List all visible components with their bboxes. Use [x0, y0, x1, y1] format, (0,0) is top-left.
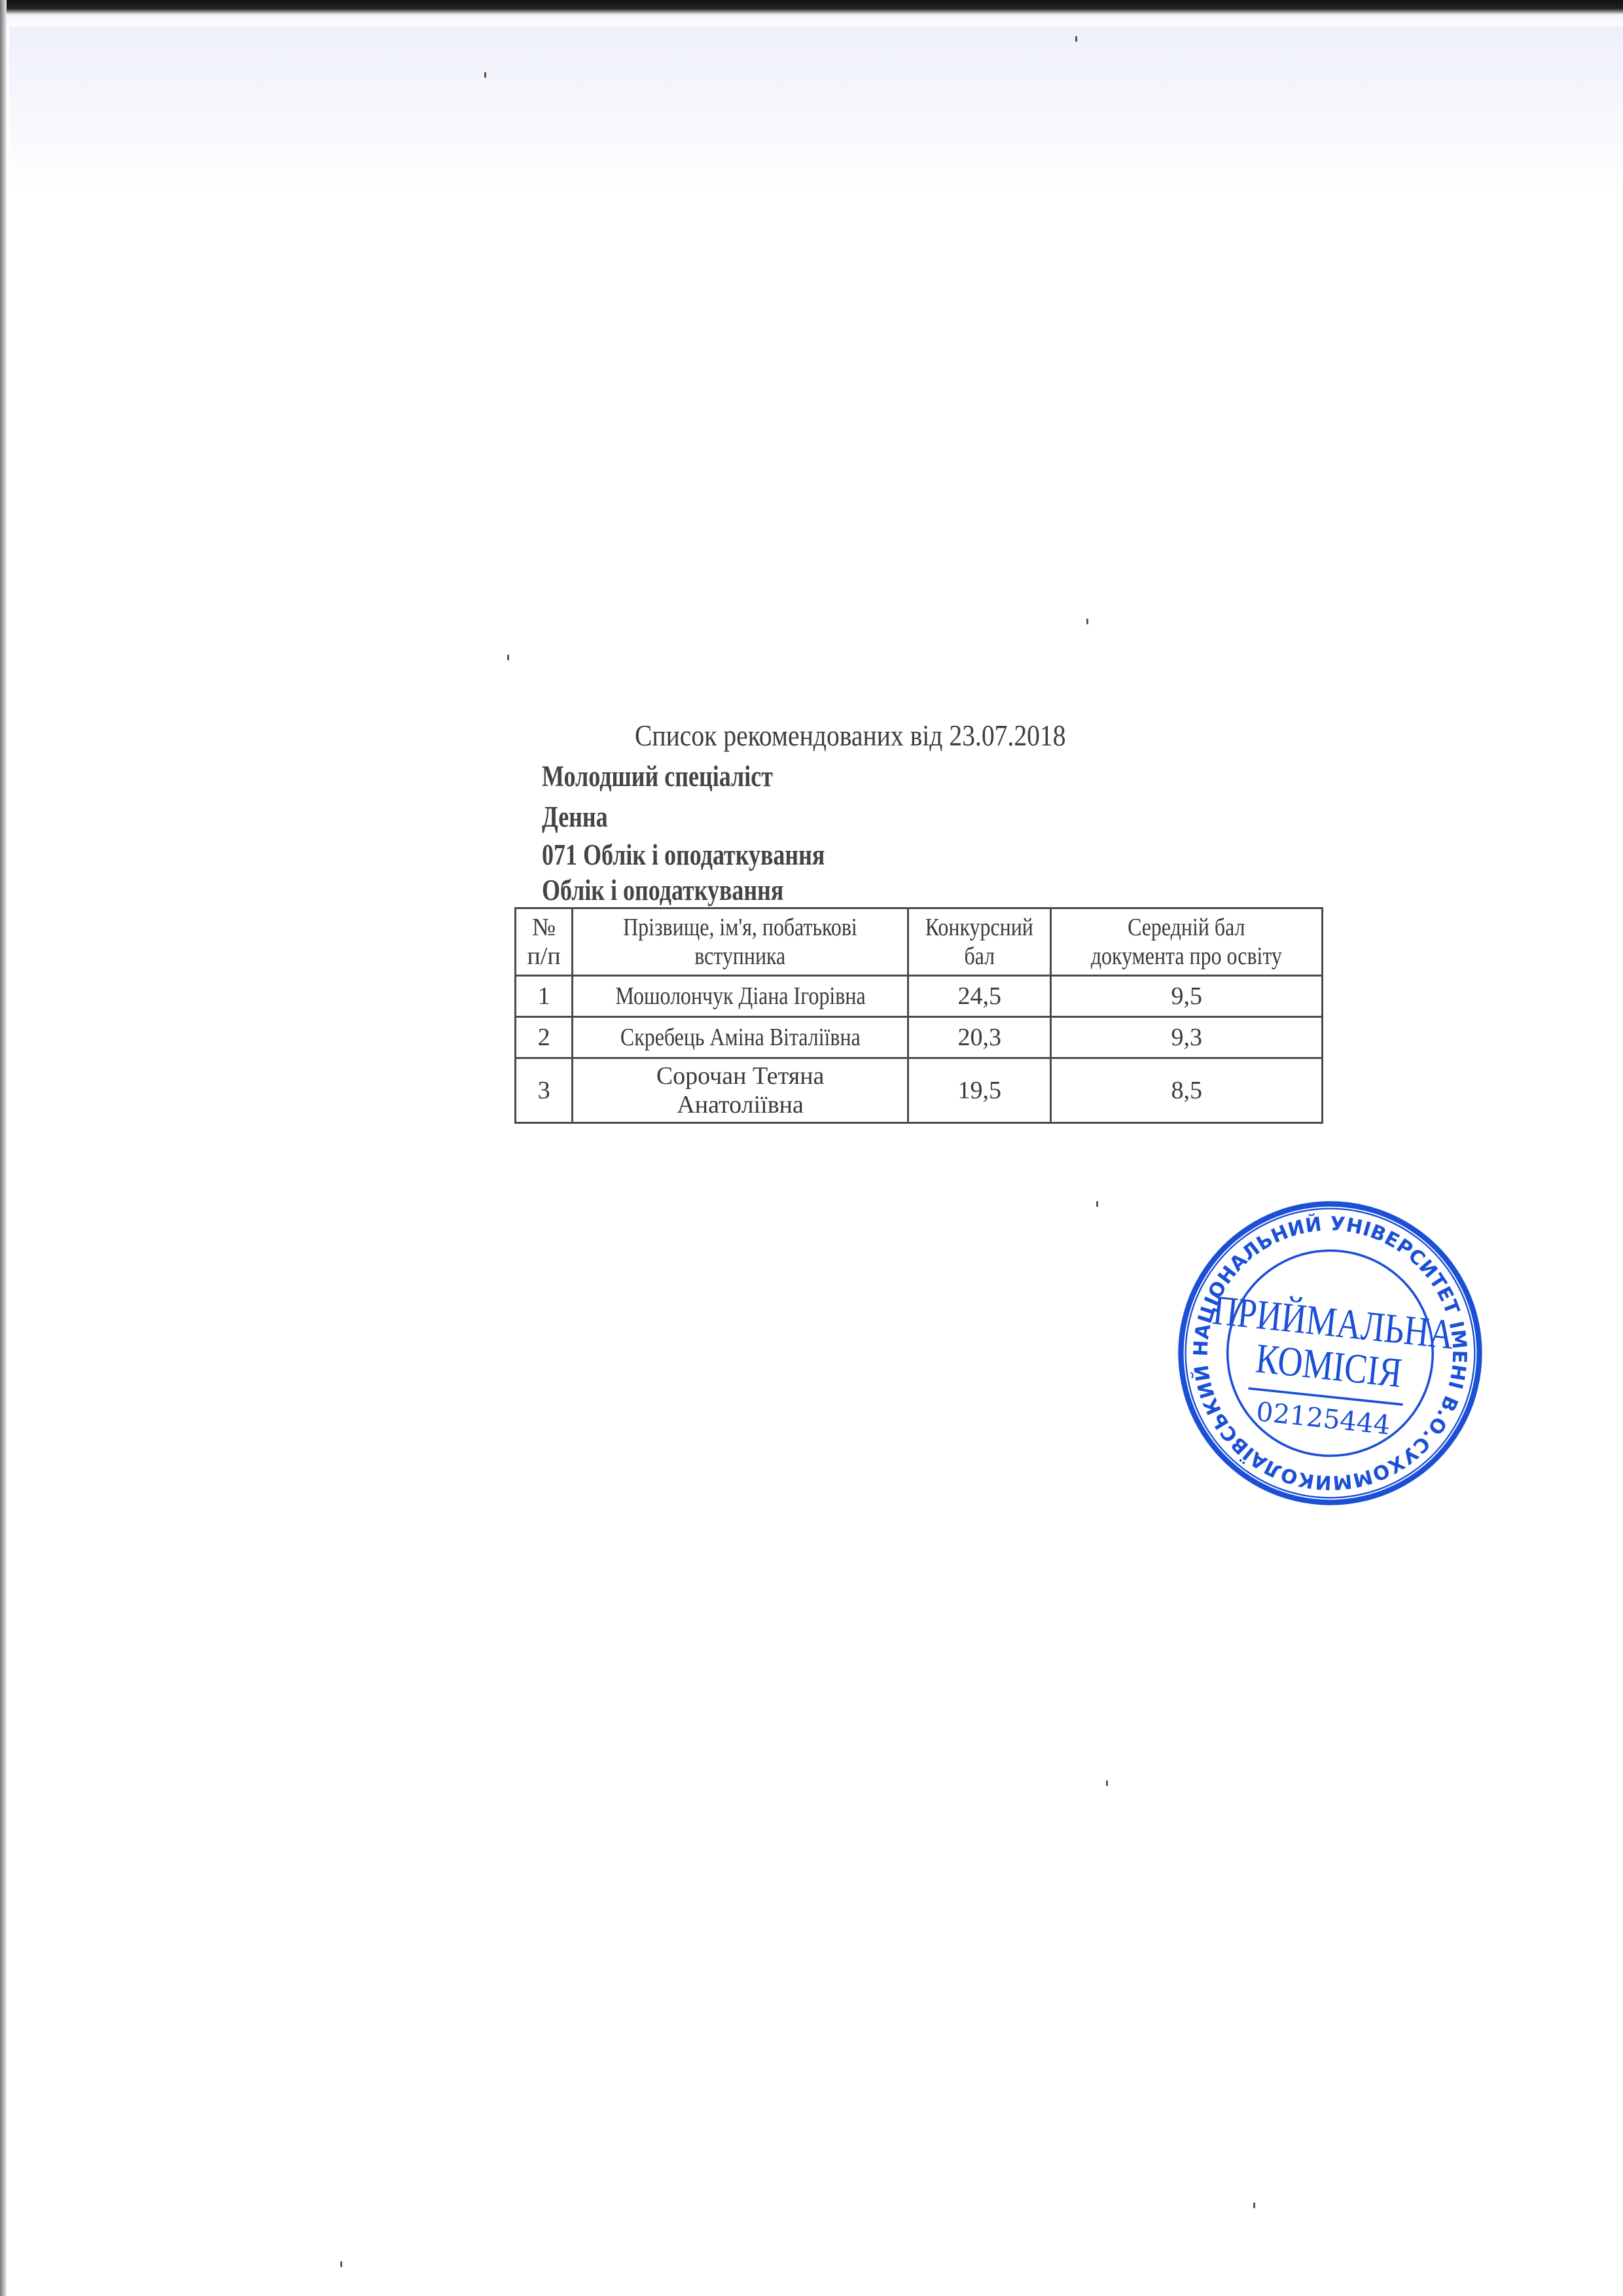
header-avg-line2: документа про освіту	[1091, 942, 1282, 971]
table-row: 3 Сорочан Тетяна Анатоліївна 19,5 8,5	[516, 1058, 1323, 1123]
table-row: 2 Скребець Аміна Віталіївна 20,3 9,3	[516, 1017, 1323, 1058]
scan-speck	[340, 2261, 342, 2267]
header-name-line2: вступника	[695, 942, 786, 971]
scan-edge-left	[0, 0, 7, 2296]
cell-num: 3	[516, 1058, 573, 1123]
applicant-name: Сорочан Тетяна Анатоліївна	[642, 1062, 838, 1119]
document-title: Список рекомендованих від 23.07.2018	[635, 719, 1066, 753]
cell-score: 20,3	[908, 1017, 1051, 1058]
scan-speck	[1096, 1201, 1098, 1207]
applicant-name: Скребець Аміна Віталіївна	[620, 1023, 861, 1052]
header-name: Прізвище, ім'я, побатькові вступника	[573, 908, 908, 976]
cell-score: 19,5	[908, 1058, 1051, 1123]
header-score: Конкурсний бал	[908, 908, 1051, 976]
scan-speck	[1075, 36, 1077, 42]
cell-avg: 8,5	[1051, 1058, 1323, 1123]
admissions-stamp: МИКОЛАЇВСЬКИЙ НАЦІОНАЛЬНИЙ УНІВЕРСИТЕТ І…	[1175, 1198, 1486, 1509]
header-avg-line1: Середній бал	[1128, 913, 1245, 942]
scan-speck	[1086, 619, 1088, 624]
educational-program: Облік і оподаткування	[542, 873, 783, 907]
header-score-line1: Конкурсний	[925, 913, 1033, 942]
table-row: 1 Мошолончук Діана Ігорівна 24,5 9,5	[516, 976, 1323, 1017]
header-num: № п/п	[516, 908, 573, 976]
cell-avg: 9,3	[1051, 1017, 1323, 1058]
cell-name: Скребець Аміна Віталіївна	[573, 1017, 908, 1058]
header-name-line1: Прізвище, ім'я, побатькові	[623, 913, 857, 942]
table-header-row: № п/п Прізвище, ім'я, побатькові вступни…	[516, 908, 1323, 976]
stamp-code: 02125444	[1255, 1396, 1391, 1441]
scan-edge-top	[0, 0, 1623, 14]
cell-score: 24,5	[908, 976, 1051, 1017]
scan-speck	[1106, 1780, 1108, 1786]
cell-avg: 9,5	[1051, 976, 1323, 1017]
cell-num: 2	[516, 1017, 573, 1058]
applicant-name: Мошолончук Діана Ігорівна	[615, 982, 865, 1011]
education-level: Молодший спеціаліст	[542, 759, 773, 793]
header-num-line2: п/п	[527, 942, 560, 970]
header-num-line1: №	[532, 914, 556, 941]
scan-edge-fade	[0, 14, 1623, 27]
stamp-seal-icon: МИКОЛАЇВСЬКИЙ НАЦІОНАЛЬНИЙ УНІВЕРСИТЕТ І…	[1175, 1198, 1486, 1509]
cell-num: 1	[516, 976, 573, 1017]
cell-name: Сорочан Тетяна Анатоліївна	[573, 1058, 908, 1123]
recommended-list-table: № п/п Прізвище, ім'я, побатькові вступни…	[514, 907, 1323, 1124]
cell-name: Мошолончук Діана Ігорівна	[573, 976, 908, 1017]
paper-tint	[9, 26, 1623, 196]
scan-speck	[507, 655, 509, 660]
header-avg: Середній бал документа про освіту	[1051, 908, 1323, 976]
specialty: 071 Облік і оподаткування	[542, 838, 825, 872]
scan-speck	[1253, 2202, 1255, 2208]
header-score-line2: бал	[964, 942, 995, 971]
study-form: Денна	[542, 800, 608, 834]
scan-speck	[484, 72, 486, 78]
